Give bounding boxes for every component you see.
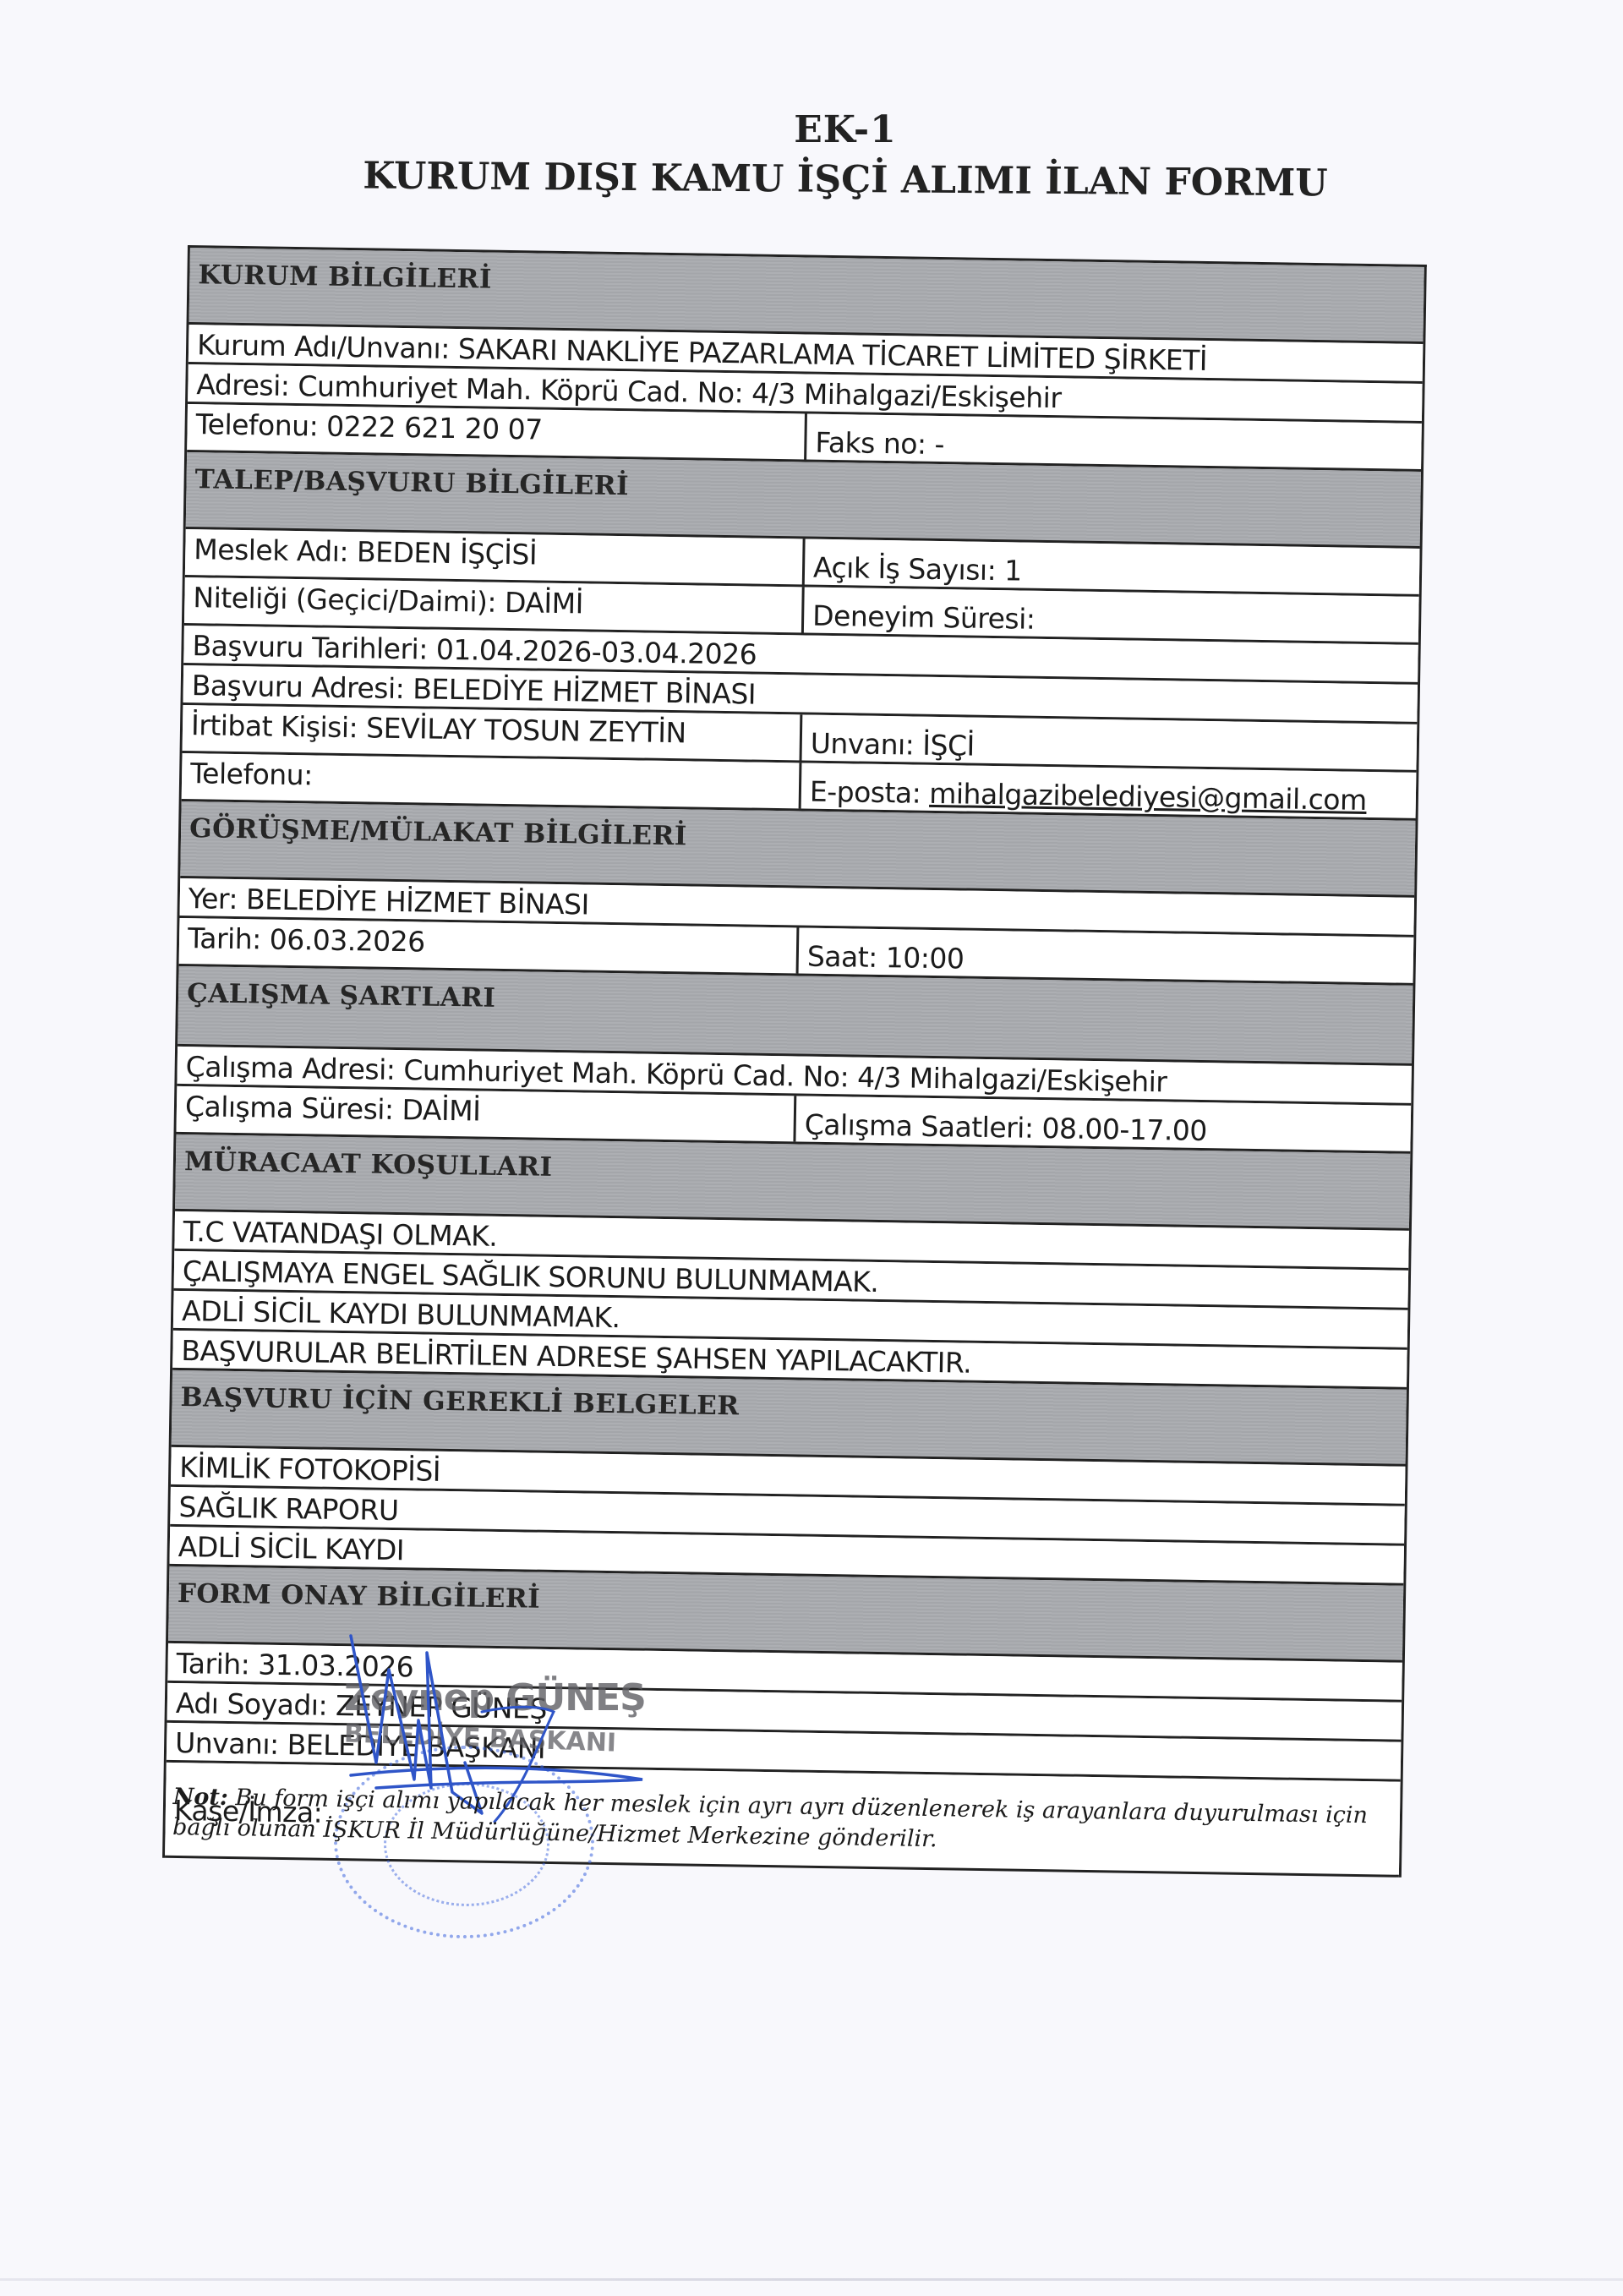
scanned-page: EK-1 KURUM DIŞI KAMU İŞÇİ ALIMI İLAN FOR… xyxy=(0,0,1623,2296)
note-label: Not: xyxy=(172,1784,228,1811)
contact-phone: Telefonu: xyxy=(182,753,802,809)
document-header: EK-1 KURUM DIŞI KAMU İŞÇİ ALIMI İLAN FOR… xyxy=(0,108,1623,201)
annex-label: EK-1 xyxy=(34,108,1623,151)
section-title: FORM ONAY BİLGİLERİ xyxy=(169,1566,549,1615)
position-type: Niteliği (Geçici/Daimi): DAİMİ xyxy=(184,577,805,633)
scan-bottom-edge xyxy=(0,2278,1623,2281)
interview-date: Tarih: 06.03.2026 xyxy=(179,918,800,974)
institution-fax: Faks no: - xyxy=(806,414,1422,469)
email-label: E-posta: xyxy=(810,775,930,810)
contact-title: Unvanı: İŞÇİ xyxy=(802,714,1418,769)
work-hours: Çalışma Saatleri: 08.00-17.00 xyxy=(795,1096,1411,1151)
section-title: GÖRÜŞME/MÜLAKAT BİLGİLERİ xyxy=(181,801,696,852)
section-title: TALEP/BAŞVURU BİLGİLERİ xyxy=(186,452,637,501)
section-title: KURUM BİLGİLERİ xyxy=(189,248,500,295)
experience-duration: Deneyim Süresi: xyxy=(804,588,1419,642)
occupation-name: Meslek Adı: BEDEN İŞÇİSİ xyxy=(185,529,806,585)
interview-time: Saat: 10:00 xyxy=(799,927,1414,982)
contact-person: İrtibat Kişisi: SEVİLAY TOSUN ZEYTİN xyxy=(183,705,803,761)
section-title: MÜRACAAT KOŞULLARI xyxy=(176,1134,561,1183)
section-title: BAŞVURU İÇİN GEREKLİ BELGELER xyxy=(172,1370,748,1422)
email-link[interactable]: mihalgazibelediyesi@gmail.com xyxy=(929,777,1367,817)
contact-email: E-posta: mihalgazibelediyesi@gmail.com xyxy=(801,763,1417,817)
job-posting-form: KURUM BİLGİLERİ Kurum Adı/Unvanı: SAKARI… xyxy=(162,245,1427,1878)
open-positions: Açık İş Sayısı: 1 xyxy=(805,539,1420,594)
institution-phone: Telefonu: 0222 621 20 07 xyxy=(187,404,807,460)
section-title: ÇALIŞMA ŞARTLARI xyxy=(178,966,505,1014)
work-duration: Çalışma Süresi: DAİMİ xyxy=(177,1086,797,1142)
document-title: KURUM DIŞI KAMU İŞÇİ ALIMI İLAN FORMU xyxy=(34,151,1623,207)
